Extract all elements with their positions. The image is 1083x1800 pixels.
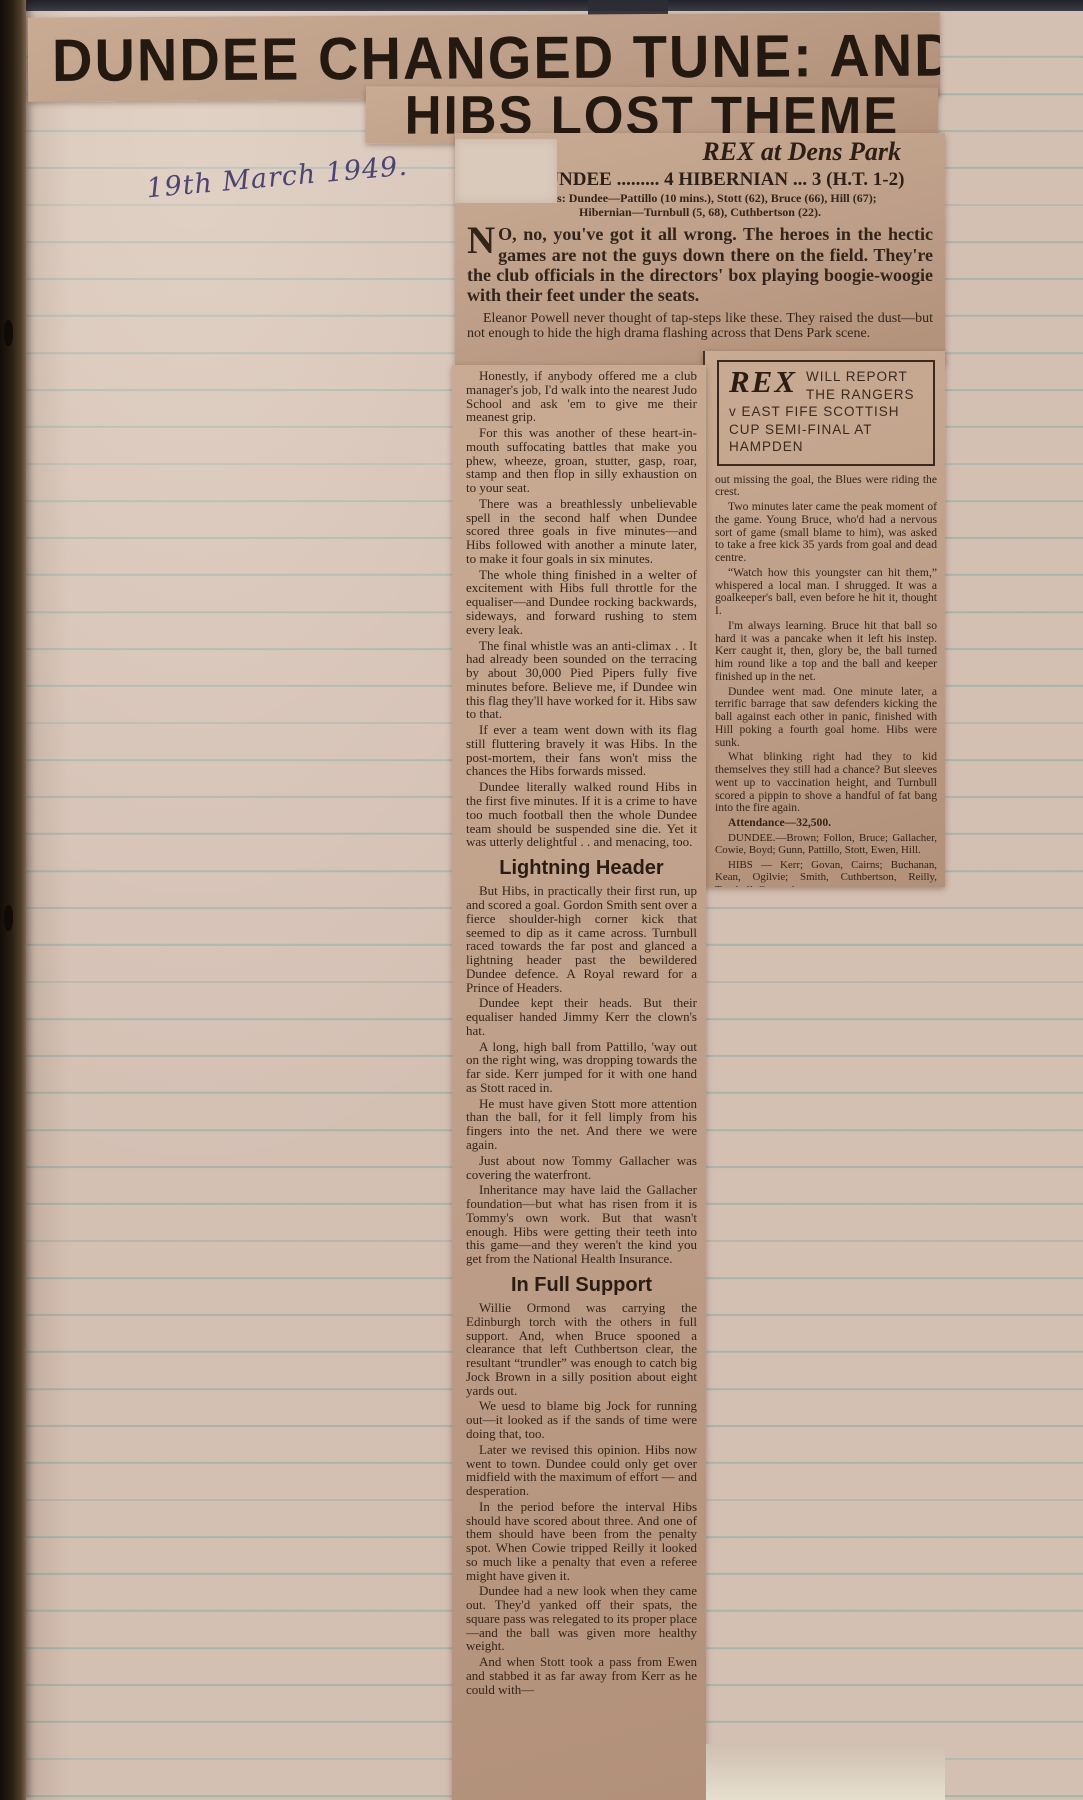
article-paragraph: Dundee had a new look when they came out…: [466, 1584, 697, 1653]
article-paragraph: Dundee literally walked round Hibs in th…: [466, 780, 697, 849]
article-right-column: REXWILL REPORT THE RANGERS v EAST FIFE S…: [703, 351, 945, 887]
intro-paragraph: NO, no, you've got it all wrong. The her…: [467, 224, 933, 305]
article-paragraph: In the period before the interval Hibs s…: [466, 1500, 697, 1583]
article-paragraph: Inheritance may have laid the Gallacher …: [466, 1183, 697, 1266]
handwritten-date: 19th March 1949.: [145, 151, 409, 205]
article-paragraph: What blinking right had they to kid them…: [715, 751, 937, 815]
lead-paragraph: Eleanor Powell never thought of tap-step…: [467, 311, 933, 342]
article-left-column: Honestly, if anybody offered me a club m…: [452, 365, 706, 1800]
article-paragraph: A long, high ball from Pattillo, 'way ou…: [466, 1040, 697, 1095]
article-paragraph: Two minutes later came the peak moment o…: [715, 501, 937, 565]
article-paragraph: Honestly, if anybody offered me a club m…: [466, 369, 697, 424]
article-paragraph: Just about now Tommy Gallacher was cover…: [466, 1154, 697, 1182]
article-paragraph: Dundee kept their heads. But their equal…: [466, 996, 697, 1037]
right-column-flow: out missing the goal, the Blues were rid…: [715, 474, 937, 887]
section-subhead: In Full Support: [466, 1275, 697, 1296]
rex-promo-box: REXWILL REPORT THE RANGERS v EAST FIFE S…: [717, 360, 935, 466]
article-paragraph: out missing the goal, the Blues were rid…: [715, 474, 937, 500]
article-paragraph: There was a breathlessly unbelievable sp…: [466, 497, 697, 566]
article-paragraph: HIBS — Kerr; Govan, Cairns; Buchanan, Ke…: [715, 859, 937, 887]
binding-mark: [4, 320, 13, 346]
scrapbook-binding: [0, 0, 26, 1800]
rex-logo: REX: [729, 368, 797, 396]
article-paragraph: If ever a team went down with its flag s…: [466, 723, 697, 778]
article-paragraph: The whole thing finished in a welter of …: [466, 568, 697, 637]
article-paragraph: We uesd to blame big Jock for running ou…: [466, 1399, 697, 1440]
scorers-line2: Hibernian—Turnbull (5, 68), Cuthbertson …: [467, 205, 933, 219]
headline-text-line1: DUNDEE CHANGED TUNE: AND: [52, 19, 940, 94]
article-paragraph: Dundee went mad. One minute later, a ter…: [715, 686, 937, 750]
left-column-flow: Honestly, if anybody offered me a club m…: [466, 369, 697, 1697]
binding-mark: [4, 905, 13, 931]
article-paragraph: Willie Ormond was carrying the Edinburgh…: [466, 1301, 697, 1397]
paper-patch: [455, 139, 557, 203]
article-paragraph: But Hibs, in practically their first run…: [466, 884, 697, 994]
scan-top-edge: [0, 0, 1083, 11]
article-paragraph: He must have given Stott more attention …: [466, 1097, 697, 1152]
section-subhead: Lightning Header: [466, 858, 697, 879]
article-paragraph: Attendance—32,500.: [715, 817, 937, 830]
scrapbook-page: DUNDEE CHANGED TUNE: AND HIBS LOST THEME…: [0, 0, 1083, 1800]
article-paragraph: “Watch how this youngster can hit them,”…: [715, 567, 937, 618]
article-paragraph: Later we revised this opinion. Hibs now …: [466, 1443, 697, 1498]
paper-patch-bottom: [706, 1744, 945, 1800]
article-paragraph: DUNDEE.—Brown; Follon, Bruce; Gallacher,…: [715, 832, 937, 857]
article-paragraph: The final whistle was an anti-climax . .…: [466, 639, 697, 722]
intro-dropcap: N: [467, 224, 498, 256]
intro-text: O, no, you've got it all wrong. The hero…: [467, 224, 933, 305]
article-paragraph: For this was another of these heart-in-m…: [466, 426, 697, 495]
article-paragraph: I'm always learning. Bruce hit that ball…: [715, 620, 937, 684]
article-paragraph: And when Stott took a pass from Ewen and…: [466, 1655, 697, 1696]
